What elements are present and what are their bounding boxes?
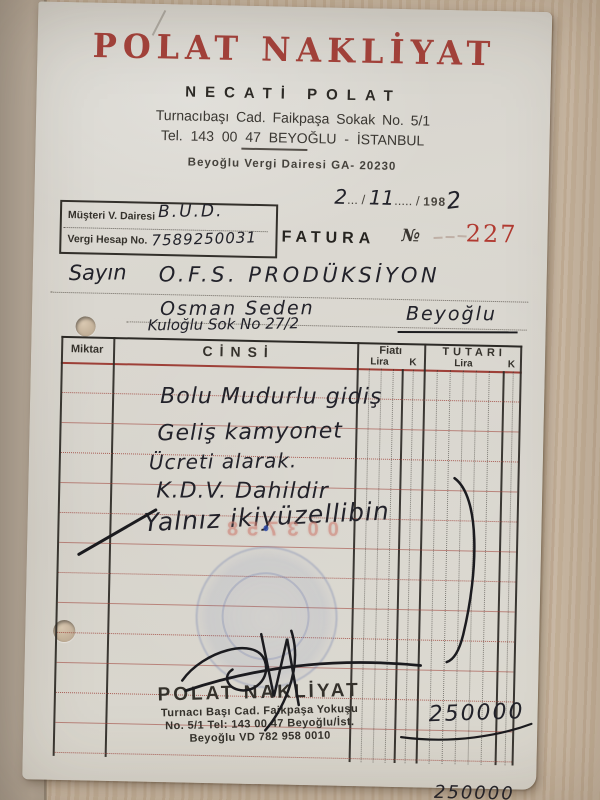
amount-value: 250000 xyxy=(434,782,515,800)
owner-name: NECATİ POLAT xyxy=(36,80,550,108)
description-line: Geliş kamyonet xyxy=(157,419,343,447)
invoice-number: 227 xyxy=(465,219,517,248)
date-leader: ... xyxy=(347,192,358,207)
faded-serial-mark xyxy=(446,236,455,238)
photo-background: POLAT NAKLİYAT NECATİ POLAT Turnacıbaşı … xyxy=(0,0,600,800)
column-header-qty: Miktar xyxy=(61,343,113,356)
recipient-salutation: Sayın xyxy=(69,260,127,285)
tax-office-line: Beyoğlu Vergi Dairesi GA- 20230 xyxy=(35,153,549,176)
recipient-company: O.F.S. PRODÜKSİYON xyxy=(159,262,440,287)
customer-tax-box: Müşteri V. Dairesi B.U.D. Vergi Hesap No… xyxy=(59,200,278,259)
rubber-stamp: POLAT NAKLİYAT Turnacı Başı Cad. Faikpaş… xyxy=(118,679,401,746)
customer-tax-office-label: Müşteri V. Dairesi xyxy=(68,209,155,223)
total-note: 250000 xyxy=(428,699,525,727)
date-year-handwritten: 2 xyxy=(445,187,463,215)
invoice-title: FATURA xyxy=(281,229,375,249)
customer-tax-office-value: B.U.D. xyxy=(158,201,224,222)
phone-underline xyxy=(241,148,307,151)
recipient-address: Kuloğlu Sok No 27/2 xyxy=(148,314,300,334)
description-line: Ücreti alarak. xyxy=(149,448,298,474)
date-month: 11 xyxy=(369,185,395,210)
bleedthrough-serial: 003758 xyxy=(190,518,366,542)
date-year-printed: 198 xyxy=(423,194,446,208)
date-day: 2 xyxy=(334,185,347,209)
customer-tax-no-value: 7589250031 xyxy=(151,228,257,249)
district-underline xyxy=(398,331,518,333)
invoice-paper: POLAT NAKLİYAT NECATİ POLAT Turnacıbaşı … xyxy=(22,1,552,790)
date-separator: / xyxy=(416,193,420,208)
invoice-no-symbol: № xyxy=(401,226,420,246)
customer-tax-no-label: Vergi Hesap No. xyxy=(67,233,147,247)
date-separator: / xyxy=(361,192,365,207)
faded-serial-mark xyxy=(434,237,443,239)
price-sub-lira: Lira xyxy=(357,356,402,368)
date-leader: ..... xyxy=(394,193,412,208)
punch-hole xyxy=(75,316,95,336)
column-header-desc: CİNSİ xyxy=(113,341,357,362)
date-line: 2... / 11..... / 1982 xyxy=(334,184,548,214)
company-title: POLAT NAKLİYAT xyxy=(37,25,552,75)
price-sub-kurus: K xyxy=(402,357,424,368)
description-line: Bolu Mudurlu gidiş xyxy=(160,384,382,410)
total-sub-kurus: K xyxy=(503,359,520,370)
recipient-district: Beyoğlu xyxy=(406,303,497,325)
total-sub-lira: Lira xyxy=(424,358,503,371)
